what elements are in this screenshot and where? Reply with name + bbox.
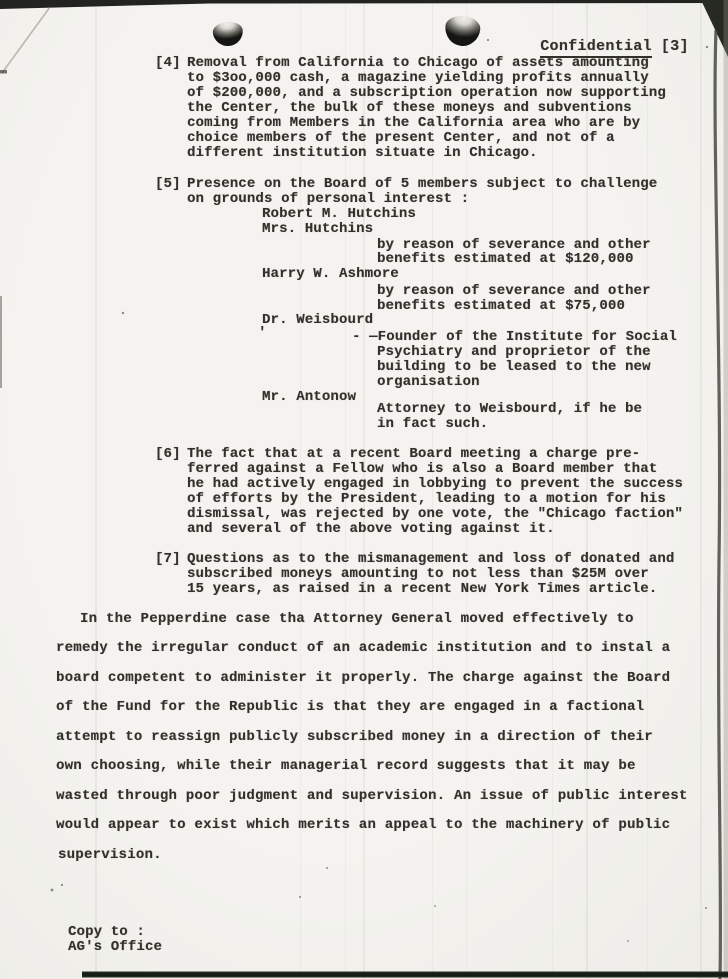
- item-6-line: [6]: [155, 448, 181, 461]
- item-5-line: Dr. Weisbourd: [262, 314, 373, 327]
- item-7-line: 15 years, as raised in a recent New York…: [187, 583, 657, 596]
- closing-paragraph-line: wasted through poor judgment and supervi…: [56, 790, 688, 803]
- item-4-line: [4]: [155, 57, 181, 70]
- item-5-line: benefits estimated at $75,000: [377, 300, 625, 313]
- closing-paragraph-line: supervision.: [58, 849, 162, 862]
- copy-to-line: AG's Office: [68, 941, 162, 954]
- scan-edge-right-band: [724, 0, 728, 979]
- staple-shadow-mark: [212, 21, 244, 48]
- closing-paragraph-line: remedy the irregular conduct of an acade…: [56, 642, 670, 655]
- closing-paragraph-line: own choosing, while their managerial rec…: [56, 760, 636, 773]
- item-5-line: ': [258, 327, 267, 340]
- left-edge-line: [0, 296, 2, 388]
- item-5-line: - —Founder of the Institute for Social: [352, 331, 677, 344]
- item-7-line: [7]: [155, 553, 181, 566]
- item-5-line: Mr. Antonow: [262, 391, 356, 404]
- scan-edge-bottom-core: [82, 973, 728, 976]
- item-4-line: coming from Members in the California ar…: [187, 117, 640, 130]
- item-5-line: Attorney to Weisbourd, if he be: [377, 403, 642, 416]
- item-4-line: Removal from California to Chicago of as…: [187, 57, 649, 70]
- item-7-line: subscribed moneys amounting to not less …: [187, 568, 649, 581]
- item-5-line: in fact such.: [377, 418, 488, 431]
- item-5-line: Mrs. Hutchins: [262, 223, 373, 236]
- staple-shadow-mark: [444, 14, 482, 47]
- scan-corner-top-right: [701, 0, 728, 57]
- item-5-line: on grounds of personal interest :: [187, 193, 469, 206]
- item-5-line: organisation: [377, 376, 480, 389]
- item-6-line: ferred against a Fellow who is also a Bo…: [187, 463, 657, 476]
- closing-paragraph-line: attempt to reassign publicly subscribed …: [56, 731, 653, 744]
- item-5-line: Harry W. Ashmore: [262, 268, 399, 281]
- item-5-line: by reason of severance and other: [377, 285, 651, 298]
- document-page: Confidential[3] [4]Removal from Californ…: [0, 0, 728, 979]
- item-6-line: dismissal, was rejected by one vote, the…: [187, 508, 683, 521]
- corner-fold-crease: [2, 7, 50, 73]
- page-number: [3]: [661, 38, 689, 55]
- item-4-line: of $200,000, and a subscription operatio…: [187, 87, 666, 100]
- item-5-line: building to be leased to the new: [377, 361, 651, 374]
- closing-paragraph-line: would appear to exist which merits an ap…: [56, 819, 670, 832]
- closing-paragraph-line: of the Fund for the Republic is that the…: [56, 701, 644, 714]
- scan-edge-top: [0, 0, 728, 9]
- item-6-line: of efforts by the President, leading to …: [187, 493, 666, 506]
- copy-to-line: Copy to :: [68, 926, 145, 939]
- item-5-line: benefits estimated at $120,000: [377, 253, 634, 266]
- closing-paragraph-line: board competent to administer it properl…: [56, 672, 670, 685]
- item-4-line: the Center, the bulk of these moneys and…: [187, 102, 632, 115]
- left-edge-tick: [0, 70, 7, 74]
- paper-streak: [700, 0, 702, 979]
- item-4-line: choice members of the present Center, an…: [187, 132, 615, 145]
- item-5-line: Robert M. Hutchins: [262, 208, 416, 221]
- scan-edge-right-line: [715, 30, 720, 979]
- item-6-line: he had actively engaged in lobbying to p…: [187, 478, 683, 491]
- closing-paragraph-line: In the Pepperdine case tha Attorney Gene…: [80, 613, 634, 626]
- item-5-line: Presence on the Board of 5 members subje…: [187, 178, 657, 191]
- item-4-line: to $3oo,000 cash, a magazine yielding pr…: [187, 72, 649, 85]
- item-7-line: Questions as to the mismanagement and lo…: [187, 553, 674, 566]
- item-6-line: and several of the above voting against …: [187, 523, 555, 536]
- item-6-line: The fact that at a recent Board meeting …: [187, 448, 640, 461]
- item-5-line: [5]: [155, 178, 181, 191]
- item-5-line: Psychiatry and proprietor of the: [377, 346, 651, 359]
- scan-edge-bottom-band: [82, 972, 728, 978]
- item-4-line: different institution situate in Chicago…: [187, 147, 538, 160]
